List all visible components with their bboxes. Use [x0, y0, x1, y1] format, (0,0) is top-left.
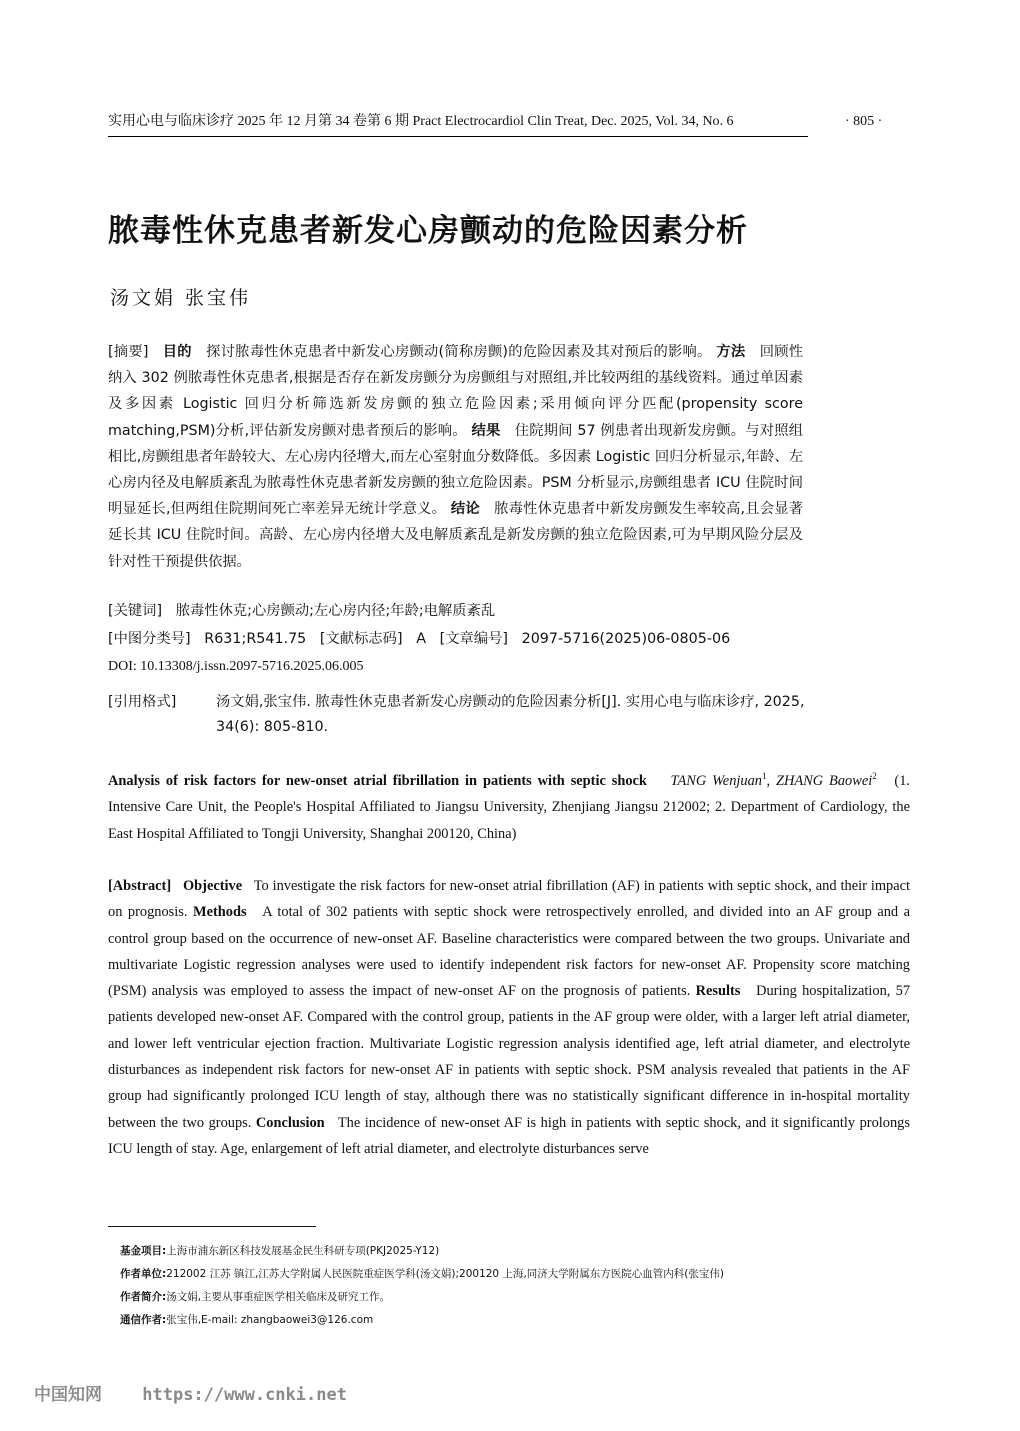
english-author-1: TANG Wenjuan — [671, 773, 762, 789]
cnki-watermark: 中国知网 https://www.cnki.net — [34, 1380, 347, 1405]
clc-label: [中图分类号] — [108, 631, 191, 647]
footnote-corresponding: 通信作者:张宝伟,E-mail: zhangbaowei3@126.com — [120, 1309, 910, 1332]
en-objective-label: Objective — [183, 878, 242, 894]
citation: [引用格式] 汤文娟,张宝伟. 脓毒性休克患者新发心房颤动的危险因素分析[J].… — [108, 690, 808, 740]
abstract-label: [摘要] — [108, 344, 148, 360]
objective-label: 目的 — [163, 344, 192, 360]
footnote-funding: 基金项目:上海市浦东新区科技发展基金民生科研专项(PKJ2025-Y12) — [120, 1240, 910, 1263]
keywords-label: [关键词] — [108, 603, 162, 619]
english-title-block: Analysis of risk factors for new-onset a… — [108, 768, 910, 847]
footnote-affiliation: 作者单位:212002 江苏 镇江,江苏大学附属人民医院重症医学科(汤文娟);2… — [120, 1263, 910, 1286]
footnote-divider — [108, 1226, 316, 1227]
en-results-text: During hospitalization, 57 patients deve… — [108, 983, 910, 1130]
watermark-url: https://www.cnki.net — [142, 1385, 347, 1405]
english-abstract: [Abstract] Objective To investigate the … — [108, 873, 910, 1162]
watermark-brand: 中国知网 — [34, 1385, 102, 1405]
en-conclusion-label: Conclusion — [256, 1115, 325, 1131]
keywords-value: 脓毒性休克;心房颤动;左心房内径;年龄;电解质紊乱 — [176, 603, 496, 619]
en-results-label: Results — [696, 983, 741, 999]
article-no-label: [文章编号] — [440, 631, 508, 647]
conclusion-label: 结论 — [451, 501, 480, 517]
english-author-2: ZHANG Baowei — [776, 773, 872, 789]
keywords-line: [关键词] 脓毒性休克;心房颤动;左心房内径;年龄;电解质紊乱 — [108, 600, 495, 622]
footnote-author-bio: 作者简介:汤文娟,主要从事重症医学相关临床及研究工作。 — [120, 1286, 910, 1309]
objective-text: 探讨脓毒性休克患者中新发心房颤动(简称房颤)的危险因素及其对预后的影响。 — [206, 344, 711, 360]
english-title: Analysis of risk factors for new-onset a… — [108, 773, 647, 789]
journal-page: 实用心电与临床诊疗 2025 年 12 月第 34 卷第 6 期 Pract E… — [0, 0, 1020, 1431]
methods-label: 方法 — [716, 344, 745, 360]
article-no-value: 2097-5716(2025)06-0805-06 — [522, 631, 731, 647]
en-abstract-label: [Abstract] — [108, 878, 171, 894]
doc-code-label: [文献标志码] — [320, 631, 403, 647]
article-title: 脓毒性休克患者新发心房颤动的危险因素分析 — [108, 205, 828, 250]
citation-text: 汤文娟,张宝伟. 脓毒性休克患者新发心房颤动的危险因素分析[J]. 实用心电与临… — [216, 690, 808, 740]
chinese-abstract: [摘要] 目的 探讨脓毒性休克患者中新发心房颤动(简称房颤)的危险因素及其对预后… — [108, 339, 803, 575]
classification-line: [中图分类号] R631;R541.75 [文献标志码] A [文章编号] 20… — [108, 628, 730, 650]
doc-code-value: A — [416, 631, 426, 647]
article-authors: 汤文娟 张宝伟 — [110, 283, 251, 310]
author-2-sup: 2 — [872, 771, 877, 781]
author-1-sup: 1 — [762, 771, 767, 781]
results-label: 结果 — [472, 423, 501, 439]
doi: DOI: 10.13308/j.issn.2097-5716.2025.06.0… — [108, 656, 364, 678]
page-number: · 805 · — [845, 112, 882, 132]
clc-value: R631;R541.75 — [204, 631, 306, 647]
running-head: 实用心电与临床诊疗 2025 年 12 月第 34 卷第 6 期 Pract E… — [108, 112, 808, 137]
footnotes: 基金项目:上海市浦东新区科技发展基金民生科研专项(PKJ2025-Y12) 作者… — [120, 1240, 910, 1332]
citation-label: [引用格式] — [108, 690, 176, 715]
en-methods-label: Methods — [193, 904, 247, 920]
